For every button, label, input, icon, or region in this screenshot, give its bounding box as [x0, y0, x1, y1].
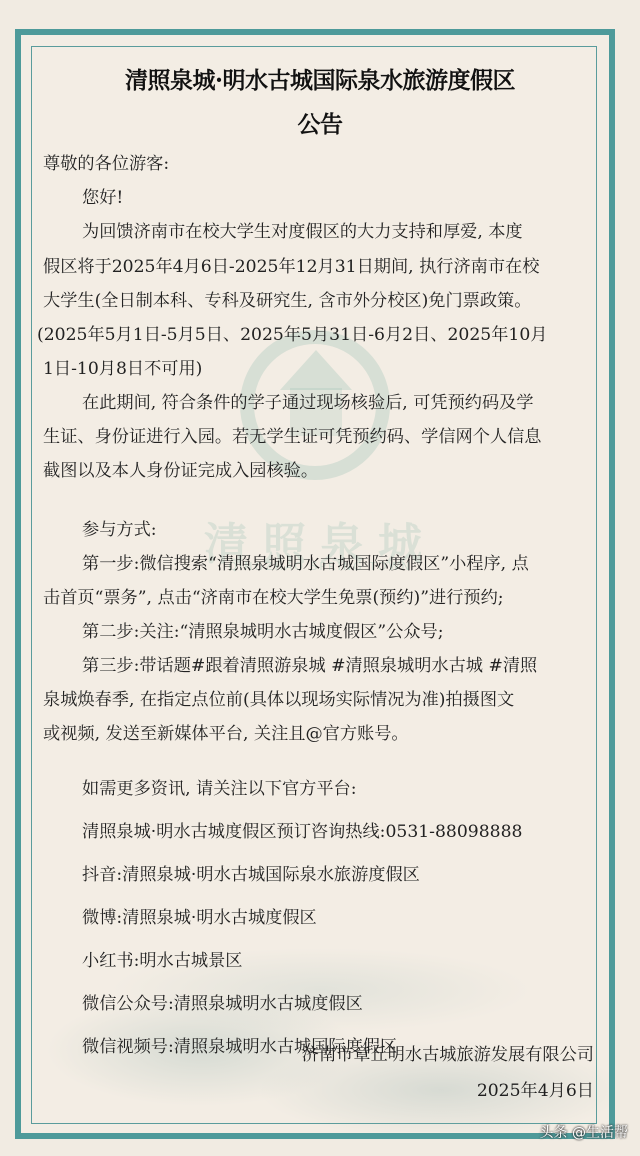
- contact-wechat-official: 微信公众号:清照泉城明水古城度假区: [82, 989, 363, 1014]
- source-watermark: 头条 @生活帮: [540, 1122, 628, 1142]
- contacts-heading: 如需更多资讯, 请关注以下官方平台:: [82, 774, 357, 799]
- paragraph-line: 假区将于2025年4月6日-2025年12月31日期间, 执行济南市在校: [43, 252, 539, 277]
- notice-subtitle: 公告: [0, 106, 640, 139]
- step-line: 第二步:关注:“清照泉城明水古城度假区”公众号;: [82, 617, 444, 642]
- step-line: 击首页“票务”, 点击“济南市在校大学生免票(预约)”进行预约;: [43, 583, 504, 608]
- watermark-roof-icon: [280, 350, 352, 390]
- paragraph-line: 大学生(全日制本科、专科及研究生, 含市外分校区)免门票政策。: [43, 286, 531, 311]
- participation-heading: 参与方式:: [82, 515, 157, 540]
- step-line: 泉城焕春季, 在指定点位前(具体以现场实际情况为准)拍摄图文: [43, 685, 514, 710]
- paragraph-line: 为回馈济南市在校大学生对度假区的大力支持和厚爱, 本度: [82, 217, 523, 242]
- signoff-company: 济南市章丘明水古城旅游发展有限公司: [302, 1040, 594, 1065]
- contact-weibo: 微博:清照泉城·明水古城度假区: [82, 903, 317, 928]
- contact-xiaohongshu: 小红书:明水古城景区: [82, 946, 242, 971]
- step-line: 第三步:带话题#跟着清照游泉城 #清照泉城明水古城 #清照: [82, 651, 537, 676]
- paragraph-line: 截图以及本人身份证完成入园核验。: [43, 456, 318, 481]
- paragraph-line: 在此期间, 符合条件的学子通过现场核验后, 可凭预约码及学: [82, 388, 534, 413]
- greeting: 您好!: [82, 183, 123, 208]
- contact-hotline: 清照泉城·明水古城度假区预订咨询热线:0531-88098888: [82, 817, 522, 842]
- paragraph-line: (2025年5月1日-5月5日、2025年5月31日-6月2日、2025年10月: [37, 320, 547, 345]
- notice-title: 清照泉城·明水古城国际泉水旅游度假区: [0, 62, 640, 95]
- signoff-date: 2025年4月6日: [477, 1076, 594, 1101]
- step-line: 或视频, 发送至新媒体平台, 关注且@官方账号。: [43, 719, 409, 744]
- paragraph-line: 生证、身份证进行入园。若无学生证可凭预约码、学信网个人信息: [43, 422, 541, 447]
- paragraph-line: 1日-10月8日不可用): [43, 354, 202, 379]
- step-line: 第一步:微信搜索“清照泉城明水古城国际度假区”小程序, 点: [82, 549, 529, 574]
- contact-douyin: 抖音:清照泉城·明水古城国际泉水旅游度假区: [82, 860, 420, 885]
- salutation: 尊敬的各位游客:: [43, 149, 169, 174]
